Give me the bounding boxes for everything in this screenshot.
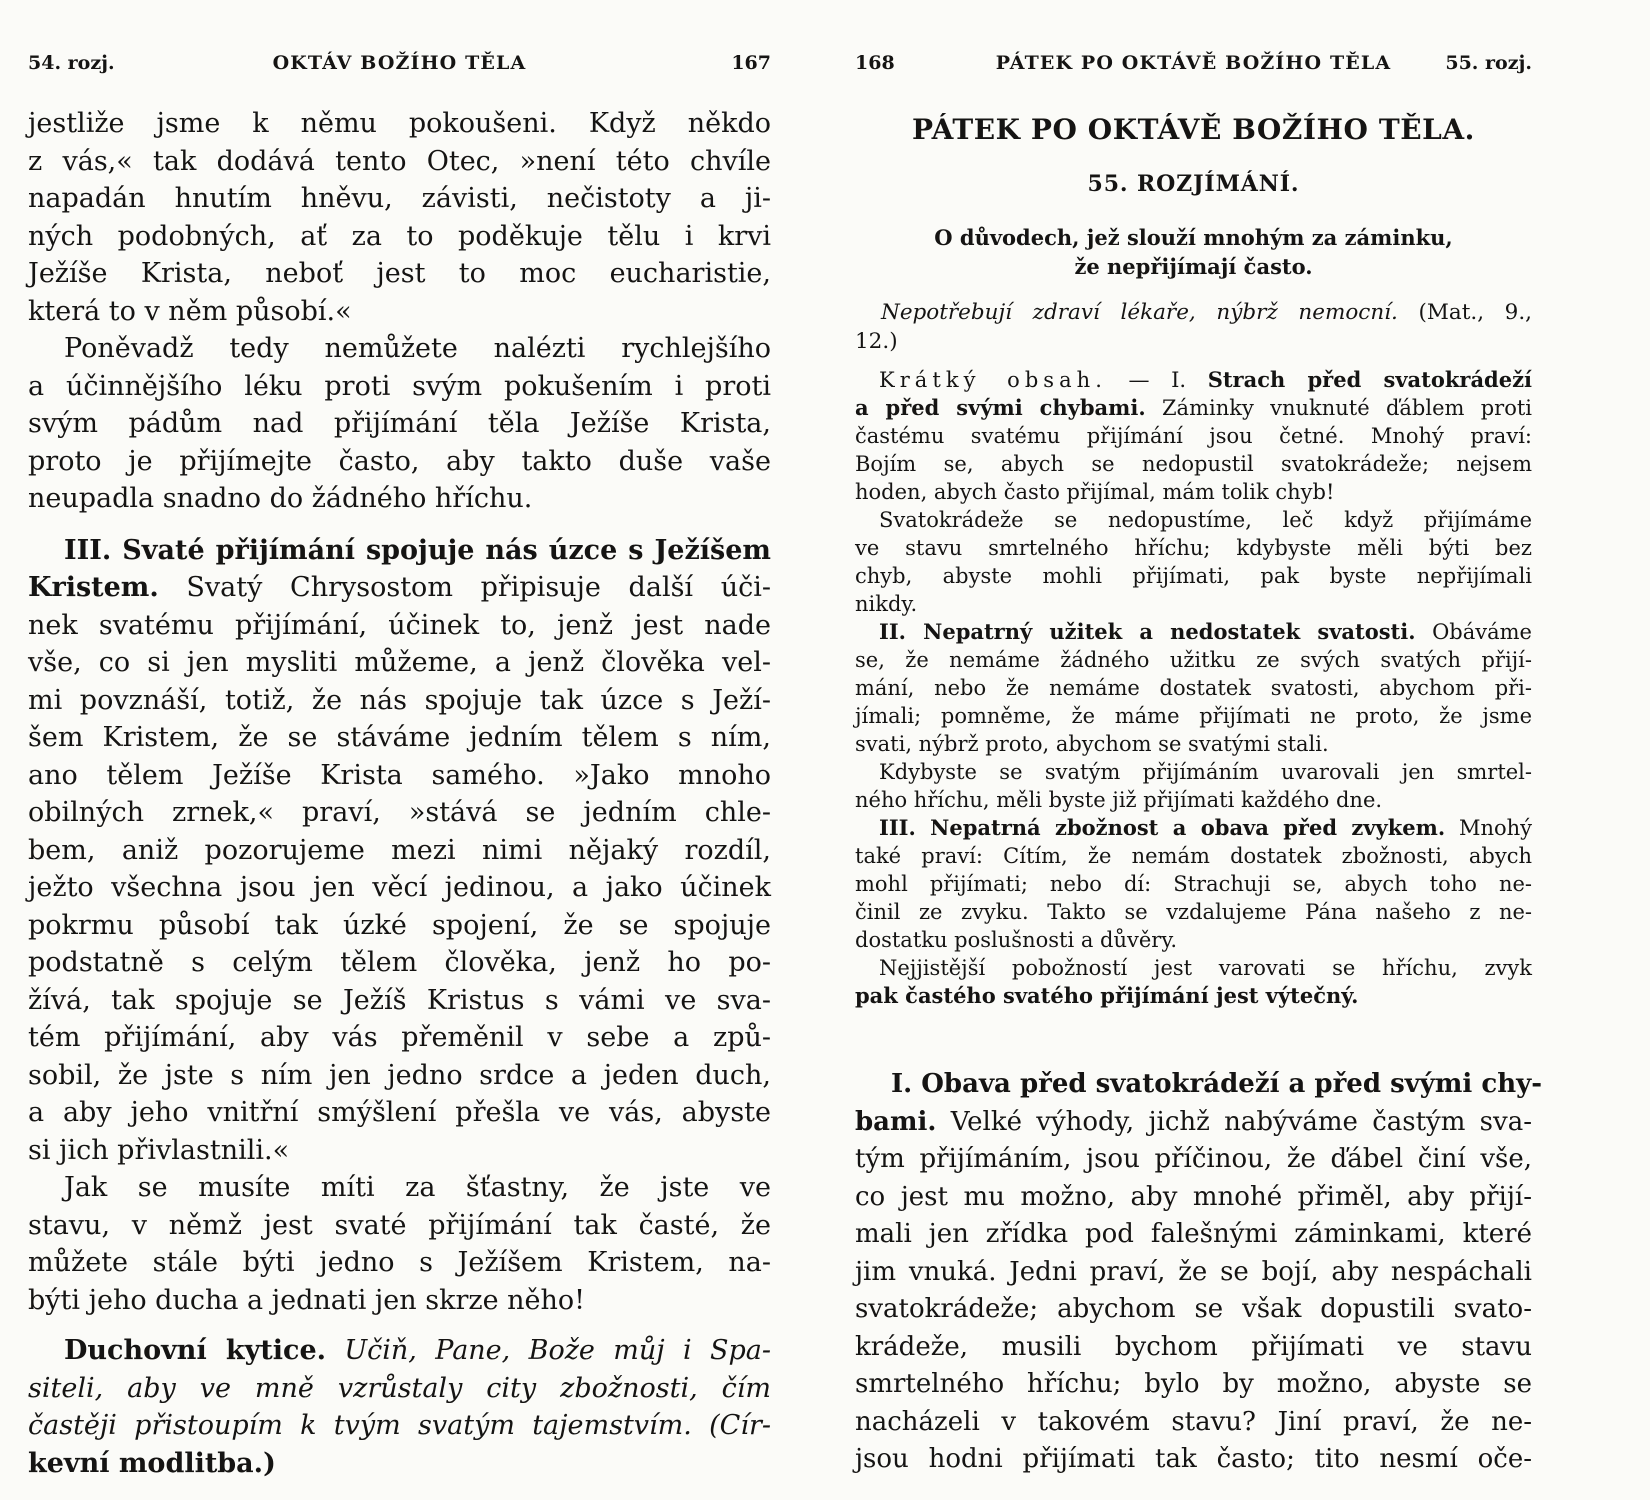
text-line: si jich přivlastnili.«: [28, 1132, 771, 1170]
text-segment: chyb, abyste mohli přijímati, pak byste …: [855, 564, 1532, 588]
text-segment: býti jeho ducha a jednati jen skrze něho…: [28, 1285, 585, 1316]
text-segment: Nejjistější pobožností jest varovati se …: [879, 956, 1532, 980]
text-line: mali jen zřídka pod falešnými záminkami,…: [855, 1216, 1532, 1254]
text-segment: I. Obava před svatokrádeží a před svými …: [891, 1069, 1542, 1099]
text-line: Nepotřebují zdraví lékaře, nýbrž nemocní…: [855, 298, 1532, 327]
text-segment: Nepotřebují zdraví lékaře, nýbrž nemocní…: [881, 300, 1398, 325]
text-segment: tém přijímání, aby vás přeměnil v sebe a…: [28, 1022, 771, 1053]
text-line: ve stavu smrtelného hříchu; kdybyste měl…: [855, 534, 1532, 562]
text-line: svati, nýbrž proto, abychom se svatými s…: [855, 730, 1532, 758]
text-line: 12.): [855, 327, 1532, 356]
text-line: siteli, aby ve mně vzrůstaly city zbožno…: [28, 1370, 771, 1408]
text-segment: kevní modlitba.): [28, 1448, 276, 1479]
scripture-epigraph: Nepotřebují zdraví lékaře, nýbrž nemocní…: [855, 298, 1532, 356]
text-segment: obilných zrnek,« praví, »stává se jedním…: [28, 797, 771, 828]
text-line: mohl přijímati; nebo dí: Strachuji se, a…: [855, 870, 1532, 898]
text-segment: pak častého svatého přijímání jest výteč…: [855, 983, 1358, 1008]
continuation-paragraph: jestliže jsme k němu pokoušeni. Když něk…: [28, 105, 771, 330]
text-line: bami. Velké výhody, jichž nabýváme častý…: [855, 1104, 1532, 1142]
text-line: jim vnuká. Jedni praví, že se bojí, aby …: [855, 1254, 1532, 1292]
text-line: smrtelného hříchu; bylo by možno, abyste…: [855, 1366, 1532, 1404]
text-segment: a před svými chybami.: [855, 395, 1146, 420]
text-line: a před svými chybami. Záminky vnuknuté ď…: [855, 394, 1532, 422]
page-168: 168 PÁTEK PO OKTÁVĚ BOŽÍHO TĚLA 55. rozj…: [825, 0, 1650, 1500]
text-segment: si jich přivlastnili.«: [28, 1135, 289, 1166]
text-line: se, že nemáme žádného užitku ze svých sv…: [855, 646, 1532, 674]
text-segment: mi povznáší, totiž, že nás spojuje tak ú…: [28, 685, 771, 716]
text-line: krádeže, musili bychom přijímati ve stav…: [855, 1329, 1532, 1367]
text-line: proto je přijímejte často, aby takto duš…: [28, 443, 771, 481]
text-line: mi povznáší, totiž, že nás spojuje tak ú…: [28, 682, 771, 720]
summary-paragraph: Svatokrádeže se nedopustíme, leč když př…: [855, 506, 1532, 618]
text-segment: nacházeli v takovém stavu? Jiní praví, ž…: [855, 1407, 1532, 1437]
text-segment: siteli, aby ve mně vzrůstaly city zbožno…: [28, 1373, 771, 1404]
text-segment: neupadla snadno do žádného hříchu.: [28, 483, 532, 514]
text-line: I. Obava před svatokrádeží a před svými …: [855, 1066, 1532, 1104]
text-line: býti jeho ducha a jednati jen skrze něho…: [28, 1282, 771, 1320]
summary-paragraph: Kdybyste se svatým přijímáním uvarovali …: [855, 758, 1532, 814]
spiritual-bouquet-paragraph: Duchovní kytice. Učiň, Pane, Bože můj i …: [28, 1332, 771, 1482]
text-segment: a aby jeho vnitřní smýšlení přešla ve vá…: [28, 1097, 771, 1128]
text-line: chyb, abyste mohli přijímati, pak byste …: [855, 562, 1532, 590]
text-line: nikdy.: [855, 590, 1532, 618]
text-line: ného hříchu, měli byste již přijímati ka…: [855, 786, 1532, 814]
text-line: nacházeli v takovém stavu? Jiní praví, ž…: [855, 1404, 1532, 1442]
text-segment: sobil, že jste s ním jen jedno srdce a j…: [28, 1060, 771, 1091]
text-line: šem Kristem, že se stáváme jedním tělem …: [28, 719, 771, 757]
book-scan: 54. rozj. OKTÁV BOŽÍHO TĚLA 167 jestliže…: [0, 0, 1650, 1500]
page-number: 167: [661, 50, 771, 76]
text-line: kevní modlitba.): [28, 1445, 771, 1483]
text-segment: pokrmu působí tak úzké spojení, že se sp…: [28, 910, 771, 941]
text-segment: svatokrádeže; abychom se však dopustili …: [855, 1294, 1532, 1324]
section-paragraph: III. Svaté přijímání spojuje nás úzce s …: [28, 532, 771, 1170]
text-segment: žívá, tak spojuje se Ježíš Kristus s vám…: [28, 985, 771, 1016]
text-segment: Učiň, Pane, Bože můj i Spa-: [326, 1335, 771, 1366]
text-line: žívá, tak spojuje se Ježíš Kristus s vám…: [28, 982, 771, 1020]
text-line: ných podobných, ať za to poděkuje tělu i…: [28, 218, 771, 256]
text-line: sobil, že jste s ním jen jedno srdce a j…: [28, 1057, 771, 1095]
page-167-running-header: 54. rozj. OKTÁV BOŽÍHO TĚLA 167: [28, 50, 771, 76]
text-segment: Svatý Chrysostom připisuje další úči-: [159, 572, 771, 603]
text-segment: hoden, abych často přijímal, mám tolik c…: [855, 480, 1334, 504]
text-segment: svati, nýbrž proto, abychom se svatými s…: [855, 732, 1329, 756]
page-number: 168: [855, 50, 965, 76]
text-line: Kristem. Svatý Chrysostom připisuje dalš…: [28, 569, 771, 607]
text-segment: Svatokrádeže se nedopustíme, leč když př…: [879, 508, 1532, 532]
text-line: neupadla snadno do žádného hříchu.: [28, 480, 771, 518]
text-segment: tým přijímáním, jsou příčinou, že ďábel …: [855, 1144, 1532, 1174]
text-segment: Poněvadž tedy nemůžete nalézti rychlejší…: [64, 333, 771, 364]
text-segment: nek svatému přijímání, účinek to, jenž j…: [28, 610, 771, 641]
text-line: vše, co si jen mysliti můžeme, a jenž čl…: [28, 644, 771, 682]
text-line: dostatku poslušnosti a důvěry.: [855, 926, 1532, 954]
header-chapter-title: OKTÁV BOŽÍHO TĚLA: [138, 50, 661, 76]
text-segment: mali jen zřídka pod falešnými záminkami,…: [855, 1219, 1532, 1249]
text-line: svým pádům nad přijímání těla Ježíše Kri…: [28, 405, 771, 443]
text-segment: dostatku poslušnosti a důvěry.: [855, 928, 1177, 952]
text-segment: častému svatému přijímání jsou četné. Mn…: [855, 424, 1532, 448]
text-segment: jestliže jsme k němu pokoušeni. Když něk…: [28, 108, 771, 139]
text-line: ježto všechna jsou jen věcí jedinou, a j…: [28, 869, 771, 907]
header-meditation-label: 55. rozj.: [1422, 50, 1532, 76]
text-segment: krádeže, musili bychom přijímati ve stav…: [855, 1332, 1532, 1362]
text-line: pak častého svatého přijímání jest výteč…: [855, 982, 1532, 1010]
text-segment: můžete stále býti jedno s Ježíšem Kriste…: [28, 1247, 771, 1278]
text-segment: Kristem.: [28, 572, 159, 603]
text-segment: — I.: [1107, 368, 1208, 392]
text-line: jímali; pomněme, že máme přijímati ne pr…: [855, 702, 1532, 730]
page-168-body: PÁTEK PO OKTÁVĚ BOŽÍHO TĚLA.55. ROZJÍMÁN…: [855, 110, 1532, 1479]
text-segment: častěji přistoupím k tvým svatým tajemst…: [28, 1410, 771, 1441]
text-line: podstatně s celým tělem člověka, jenž ho…: [28, 944, 771, 982]
text-segment: také praví: Cítím, že nemám dostatek zbo…: [855, 844, 1532, 868]
text-line: Ježíše Krista, neboť jest to moc euchari…: [28, 255, 771, 293]
text-line: Duchovní kytice. Učiň, Pane, Bože můj i …: [28, 1332, 771, 1370]
text-segment: bami.: [855, 1107, 936, 1137]
text-segment: se, že nemáme žádného užitku ze svých sv…: [855, 648, 1532, 672]
text-line: častému svatému přijímání jsou četné. Mn…: [855, 422, 1532, 450]
text-segment: svým pádům nad přijímání těla Ježíše Kri…: [28, 408, 771, 439]
text-line: Jak se musíte míti za šťastny, že jste v…: [28, 1169, 771, 1207]
text-segment: Ježíše Krista, neboť jest to moc euchari…: [28, 258, 771, 289]
chapter-title: PÁTEK PO OKTÁVĚ BOŽÍHO TĚLA.: [855, 110, 1532, 149]
text-segment: ano tělem Ježíše Krista samého. »Jako mn…: [28, 760, 771, 791]
text-line: Svatokrádeže se nedopustíme, leč když př…: [855, 506, 1532, 534]
text-segment: ve stavu smrtelného hříchu; kdybyste měl…: [855, 536, 1532, 560]
text-line: častěji přistoupím k tvým svatým tajemst…: [28, 1407, 771, 1445]
text-line: hoden, abych často přijímal, mám tolik c…: [855, 478, 1532, 506]
meditation-number: 55. ROZJÍMÁNÍ.: [855, 170, 1532, 198]
text-segment: vše, co si jen mysliti můžeme, a jenž čl…: [28, 647, 771, 678]
text-segment: smrtelného hříchu; bylo by možno, abyste…: [855, 1369, 1532, 1399]
text-segment: II. Nepatrný užitek a nedostatek svatost…: [879, 619, 1416, 644]
text-segment: ných podobných, ať za to poděkuje tělu i…: [28, 221, 771, 252]
text-segment: která to v něm působí.«: [28, 296, 352, 327]
section-paragraph: I. Obava před svatokrádeží a před svými …: [855, 1066, 1532, 1479]
text-segment: III. Nepatrná zbožnost a obava před zvyk…: [879, 815, 1445, 840]
text-line: Poněvadž tedy nemůžete nalézti rychlejší…: [28, 330, 771, 368]
text-segment: co jest mu možno, aby mnohé přiměl, aby …: [855, 1182, 1532, 1212]
text-segment: III. Svaté přijímání spojuje nás úzce s …: [64, 535, 771, 566]
text-segment: šem Kristem, že se stáváme jedním tělem …: [28, 722, 771, 753]
theme-line: že nepřijímají často.: [855, 252, 1532, 281]
text-line: Krátký obsah. — I. Strach před svatokrád…: [855, 366, 1532, 394]
summary-paragraph: III. Nepatrná zbožnost a obava před zvyk…: [855, 814, 1532, 954]
text-line: napadán hnutím hněvu, závisti, nečistoty…: [28, 180, 771, 218]
text-segment: mání, nebo že nemáme dostatek svatosti, …: [855, 676, 1532, 700]
text-line: co jest mu možno, aby mnohé přiměl, aby …: [855, 1179, 1532, 1217]
text-line: stavu, v němž jest svaté přijímání tak č…: [28, 1207, 771, 1245]
text-segment: napadán hnutím hněvu, závisti, nečistoty…: [28, 183, 771, 214]
text-line: svatokrádeže; abychom se však dopustili …: [855, 1291, 1532, 1329]
text-segment: z vás,« tak dodává tento Otec, »není tét…: [28, 146, 771, 177]
text-line: jestliže jsme k němu pokoušeni. Když něk…: [28, 105, 771, 143]
body-paragraph: Poněvadž tedy nemůžete nalézti rychlejší…: [28, 330, 771, 518]
text-line: obilných zrnek,« praví, »stává se jedním…: [28, 794, 771, 832]
summary-paragraph: Krátký obsah. — I. Strach před svatokrád…: [855, 366, 1532, 506]
text-line: bem, aniž pozorujeme mezi nimi nějaký ro…: [28, 832, 771, 870]
text-segment: Velké výhody, jichž nabýváme častým sva-: [936, 1107, 1532, 1137]
text-segment: stavu, v němž jest svaté přijímání tak č…: [28, 1210, 771, 1241]
text-segment: jímali; pomněme, že máme přijímati ne pr…: [855, 704, 1532, 728]
text-segment: Strach před svatokrádeží: [1208, 367, 1532, 392]
text-line: z vás,« tak dodává tento Otec, »není tét…: [28, 143, 771, 181]
text-line: můžete stále býti jedno s Ježíšem Kriste…: [28, 1244, 771, 1282]
text-segment: podstatně s celým tělem člověka, jenž ho…: [28, 947, 771, 978]
text-line: a aby jeho vnitřní smýšlení přešla ve vá…: [28, 1094, 771, 1132]
text-line: Bojím se, abych se nedopustil svatokráde…: [855, 450, 1532, 478]
text-segment: nikdy.: [855, 592, 917, 616]
text-line: II. Nepatrný užitek a nedostatek svatost…: [855, 618, 1532, 646]
text-segment: ného hříchu, měli byste již přijímati ka…: [855, 788, 1382, 812]
text-segment: Obáváme: [1416, 620, 1532, 644]
text-segment: bem, aniž pozorujeme mezi nimi nějaký ro…: [28, 835, 771, 866]
text-segment: ježto všechna jsou jen věcí jedinou, a j…: [28, 872, 771, 903]
text-line: Nejjistější pobožností jest varovati se …: [855, 954, 1532, 982]
header-meditation-label: 54. rozj.: [28, 50, 138, 76]
text-line: III. Svaté přijímání spojuje nás úzce s …: [28, 532, 771, 570]
page-167: 54. rozj. OKTÁV BOŽÍHO TĚLA 167 jestliže…: [0, 0, 825, 1500]
summary-paragraph: Nejjistější pobožností jest varovati se …: [855, 954, 1532, 1010]
text-segment: jsou hodni přijímati tak často; tito nes…: [855, 1444, 1532, 1474]
text-segment: Krátký obsah.: [879, 368, 1107, 392]
text-line: Kdybyste se svatým přijímáním uvarovali …: [855, 758, 1532, 786]
text-line: také praví: Cítím, že nemám dostatek zbo…: [855, 842, 1532, 870]
body-paragraph: Jak se musíte míti za šťastny, že jste v…: [28, 1169, 771, 1319]
text-line: a účinnějšího léku proti svým pokušením …: [28, 368, 771, 406]
text-line: mání, nebo že nemáme dostatek svatosti, …: [855, 674, 1532, 702]
header-chapter-title: PÁTEK PO OKTÁVĚ BOŽÍHO TĚLA: [965, 50, 1422, 76]
text-line: tým přijímáním, jsou příčinou, že ďábel …: [855, 1141, 1532, 1179]
text-line: III. Nepatrná zbožnost a obava před zvyk…: [855, 814, 1532, 842]
meditation-theme: O důvodech, jež slouží mnohým za záminku…: [855, 223, 1532, 281]
text-segment: Kdybyste se svatým přijímáním uvarovali …: [879, 760, 1532, 784]
text-line: ano tělem Ježíše Krista samého. »Jako mn…: [28, 757, 771, 795]
text-segment: Duchovní kytice.: [64, 1335, 326, 1366]
text-segment: mohl přijímati; nebo dí: Strachuji se, a…: [855, 872, 1532, 896]
page-168-running-header: 168 PÁTEK PO OKTÁVĚ BOŽÍHO TĚLA 55. rozj…: [855, 50, 1532, 76]
text-line: činil ze zvyku. Takto se vzdalujeme Pána…: [855, 898, 1532, 926]
text-segment: a účinnějšího léku proti svým pokušením …: [28, 371, 771, 402]
text-segment: (Mat., 9.,: [1398, 300, 1532, 325]
text-segment: proto je přijímejte často, aby takto duš…: [28, 446, 771, 477]
text-segment: 12.): [855, 329, 898, 354]
text-segment: činil ze zvyku. Takto se vzdalujeme Pána…: [855, 900, 1532, 924]
text-line: pokrmu působí tak úzké spojení, že se sp…: [28, 907, 771, 945]
theme-line: O důvodech, jež slouží mnohým za záminku…: [855, 223, 1532, 252]
text-segment: Bojím se, abych se nedopustil svatokráde…: [855, 452, 1532, 476]
summary-paragraph: II. Nepatrný užitek a nedostatek svatost…: [855, 618, 1532, 758]
text-segment: Mnohý: [1445, 816, 1532, 840]
text-segment: jim vnuká. Jedni praví, že se bojí, aby …: [855, 1257, 1532, 1287]
text-line: tém přijímání, aby vás přeměnil v sebe a…: [28, 1019, 771, 1057]
text-segment: Jak se musíte míti za šťastny, že jste v…: [64, 1172, 771, 1203]
text-line: nek svatému přijímání, účinek to, jenž j…: [28, 607, 771, 645]
text-line: která to v něm působí.«: [28, 293, 771, 331]
page-167-body: jestliže jsme k němu pokoušeni. Když něk…: [28, 105, 771, 1482]
text-line: jsou hodni přijímati tak často; tito nes…: [855, 1441, 1532, 1479]
text-segment: Záminky vnuknuté ďáblem proti: [1146, 396, 1532, 420]
